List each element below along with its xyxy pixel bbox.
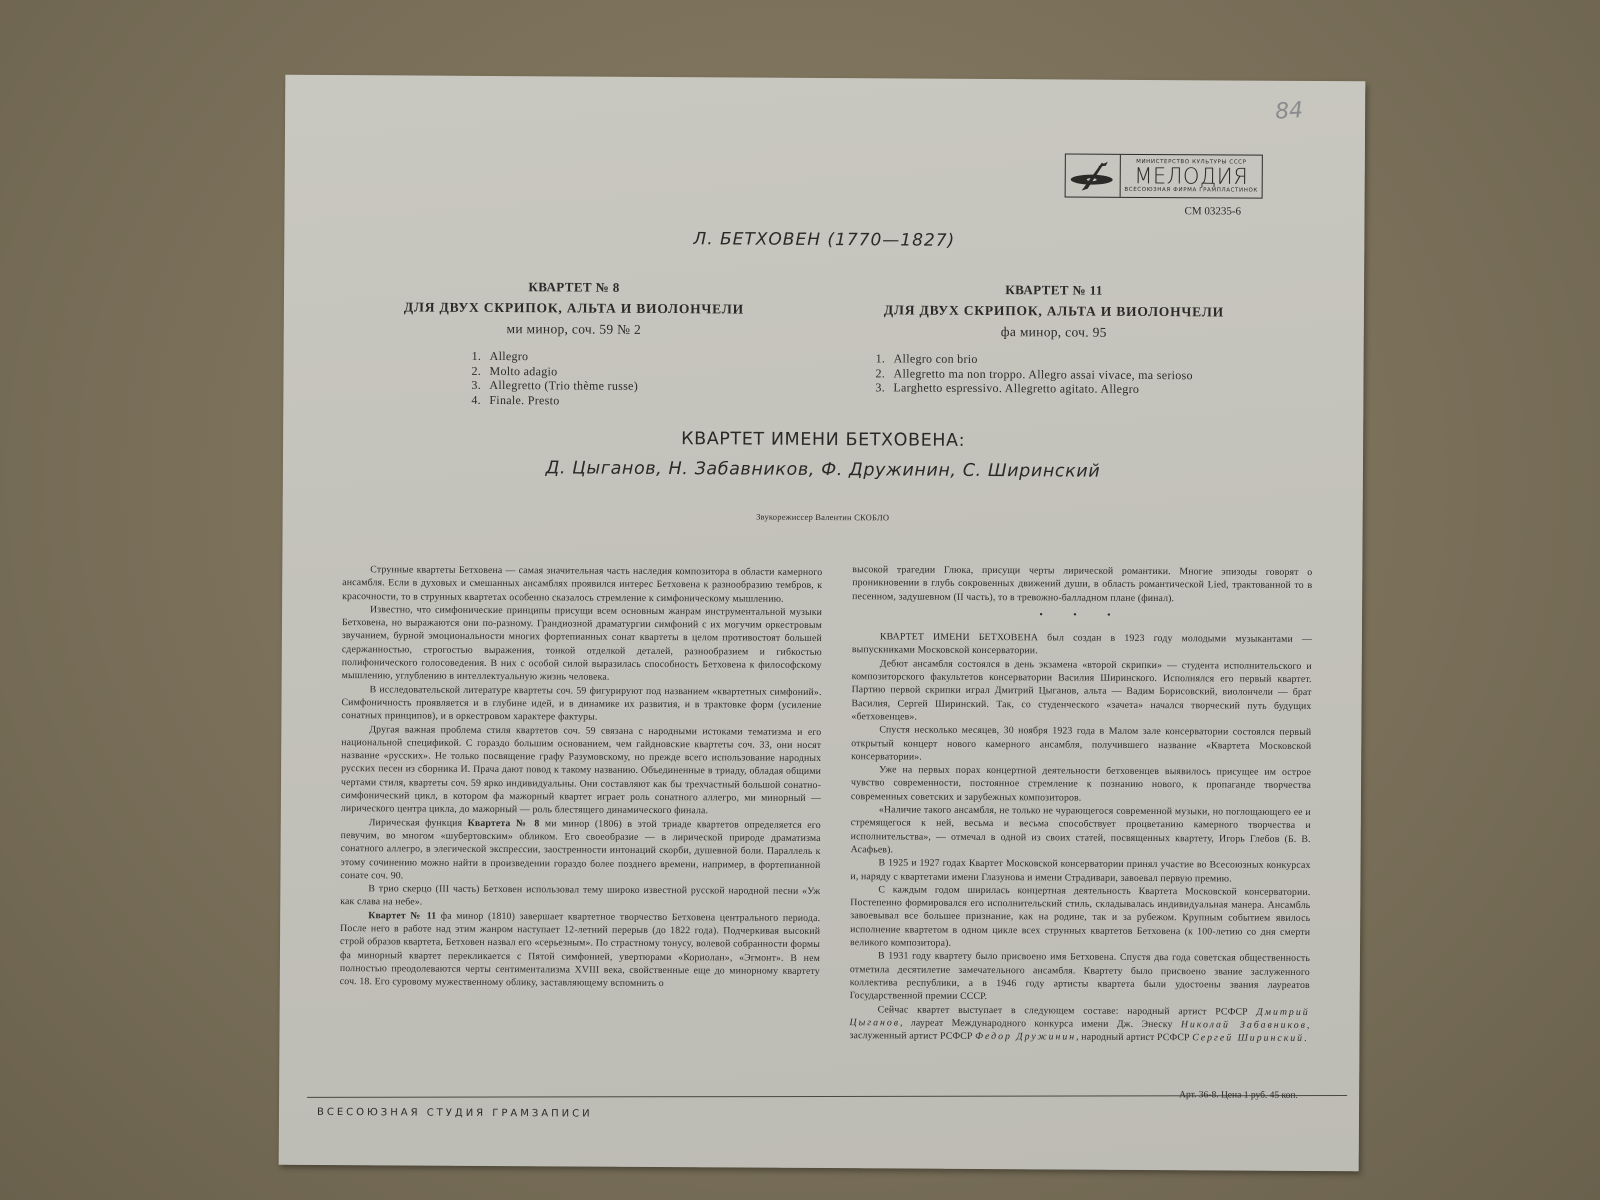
work-quartet-11: КВАРТЕТ № 11 ДЛЯ ДВУХ СКРИПОК, АЛЬТА И В… — [843, 278, 1264, 397]
logo-brand: МЕЛОДИЯ — [1134, 165, 1248, 188]
liner-notes-left: Струнные квартеты Бетховена — самая знач… — [340, 563, 823, 991]
movement: 3.Larghetto espressivo. Allegretto agita… — [875, 380, 1263, 397]
paragraph: В исследовательской литературе квартеты … — [341, 683, 821, 726]
paragraph: «Наличие такого ансамбля, не только не ч… — [851, 803, 1311, 859]
price-info: Арт. 36-8. Цена 1 руб. 45 коп. — [1179, 1090, 1298, 1101]
paragraph: С каждым годом ширилась концертная деяте… — [850, 883, 1310, 952]
paragraph: высокой трагедии Глюка, присущи черты ли… — [852, 563, 1312, 606]
paragraph: В 1931 году квартету было присвоено имя … — [850, 949, 1310, 1005]
work-title: КВАРТЕТ № 8 — [364, 275, 784, 300]
movement: 4.Finale. Presto — [471, 392, 783, 408]
paragraph: Струнные квартеты Бетховена — самая знач… — [342, 563, 822, 606]
paragraph: Сейчас квартет выступает в следующем сос… — [849, 1003, 1309, 1046]
ensemble-members: Д. Цыганов, Н. Забавников, Ф. Дружинин, … — [283, 457, 1363, 484]
paragraph: В 1925 и 1927 годах Квартет Московской к… — [850, 856, 1310, 885]
section-separator: • • • — [852, 607, 1312, 623]
movement-list: 1.Allegro 2.Molto adagio 3.Allegretto (T… — [471, 349, 783, 409]
melodiya-record-emblem-icon — [1066, 154, 1121, 196]
paragraph: Дебют ансамбля состоялся в день экзамена… — [851, 657, 1311, 726]
work-quartet-8: КВАРТЕТ № 8 ДЛЯ ДВУХ СКРИПОК, АЛЬТА И ВИ… — [363, 275, 784, 409]
movement-list: 1.Allegro con brio 2.Allegretto ma non t… — [875, 351, 1263, 397]
paragraph: Лирическая функция Квартета № 8 ми минор… — [340, 816, 820, 885]
paragraph: Известно, что симфонические принципы при… — [342, 603, 822, 686]
composer-heading: Л. БЕТХОВЕН (1770—1827) — [284, 227, 1364, 254]
work-instrumentation: ДЛЯ ДВУХ СКРИПОК, АЛЬТА И ВИОЛОНЧЕЛИ — [364, 297, 784, 320]
sound-engineer-credit: Звукорежиссер Валентин СКОБЛО — [283, 509, 1363, 526]
work-instrumentation: ДЛЯ ДВУХ СКРИПОК, АЛЬТА И ВИОЛОНЧЕЛИ — [844, 300, 1264, 323]
paragraph: Уже на первых порах концертной деятельно… — [851, 763, 1311, 806]
studio-credit: ВСЕСОЮЗНАЯ СТУДИЯ ГРАМЗАПИСИ — [317, 1107, 593, 1120]
catalog-number: СМ 03235-6 — [1184, 205, 1241, 217]
paragraph: КВАРТЕТ ИМЕНИ БЕТХОВЕНА был создан в 192… — [852, 630, 1312, 659]
paragraph: В трио скерцо (III часть) Бетховен испол… — [340, 882, 820, 912]
paragraph: Другая важная проблема стиля квартетов с… — [341, 723, 822, 819]
handwritten-note: 84 — [1274, 98, 1304, 125]
paragraph: Квартет № 11 фа минор (1810) завершает к… — [340, 909, 820, 992]
work-key-opus: фа минор, соч. 95 — [844, 320, 1264, 344]
ensemble-name: КВАРТЕТ ИМЕНИ БЕТХОВЕНА: — [283, 427, 1363, 454]
record-sleeve-back: 84 МИНИСТЕРСТВО КУЛЬТУРЫ СССР МЕЛОДИЯ ВС… — [279, 75, 1366, 1172]
melodiya-logo: МИНИСТЕРСТВО КУЛЬТУРЫ СССР МЕЛОДИЯ ВСЕСО… — [1065, 153, 1263, 198]
paragraph: Спустя несколько месяцев, 30 ноября 1923… — [851, 723, 1311, 766]
work-title: КВАРТЕТ № 11 — [844, 278, 1264, 303]
work-key-opus: ми минор, соч. 59 № 2 — [364, 317, 784, 341]
liner-notes-right: высокой трагедии Глюка, присущи черты ли… — [849, 563, 1312, 1045]
